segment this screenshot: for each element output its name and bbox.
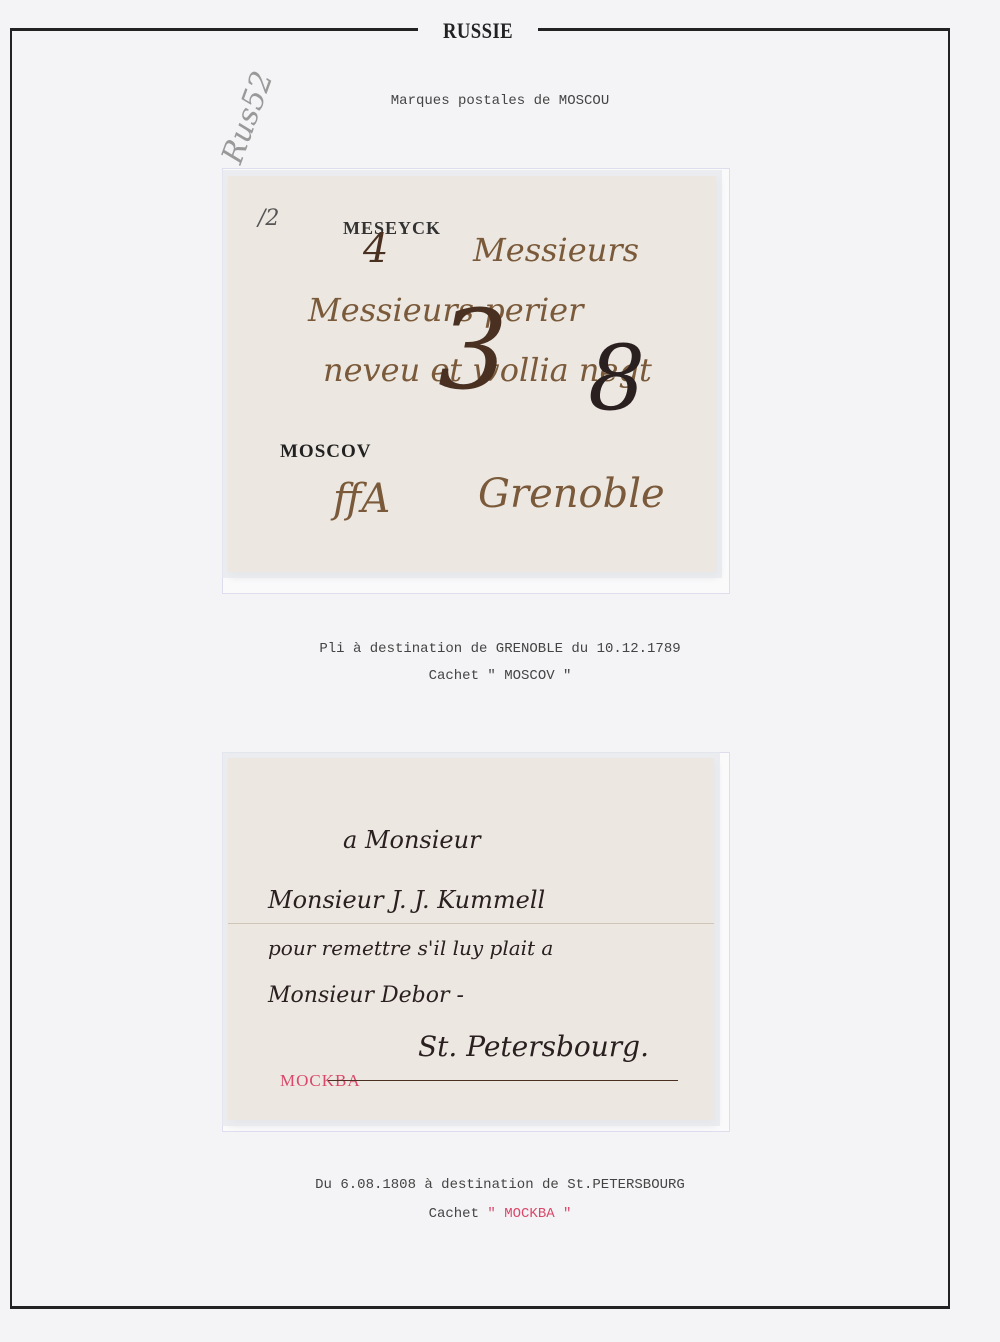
stamp-moscov: MOSCOV bbox=[280, 441, 372, 463]
cover1-caption-line1: Pli à destination de GRENOBLE du 10.12.1… bbox=[0, 641, 1000, 657]
stamp-meseyck: MESEYCK bbox=[343, 218, 441, 239]
cover2-caption-line1: Du 6.08.1808 à destination de St.PETERSB… bbox=[0, 1177, 1000, 1193]
cover1-mark: " MOSCOV " bbox=[487, 668, 571, 684]
cover1-caption-line2: Cachet " MOSCOV " bbox=[0, 668, 1000, 684]
cover-stpetersbourg-image: a Monsieur Monsieur J. J. Kummell pour r… bbox=[228, 758, 714, 1120]
page-subtitle: Marques postales de MOSCOU bbox=[0, 93, 1000, 109]
cover2-mark: " MOCKBA " bbox=[487, 1206, 571, 1222]
cover-grenoble-image: /2 MESEYCK 4 Messieurs Messieurs perier … bbox=[228, 176, 716, 572]
page-title: RUSSIE bbox=[427, 18, 529, 44]
cover2-caption-line2: Cachet " MOCKBA " bbox=[0, 1206, 1000, 1222]
fold-line bbox=[228, 923, 714, 924]
stamp-mockba: MOCKBA bbox=[280, 1071, 361, 1091]
